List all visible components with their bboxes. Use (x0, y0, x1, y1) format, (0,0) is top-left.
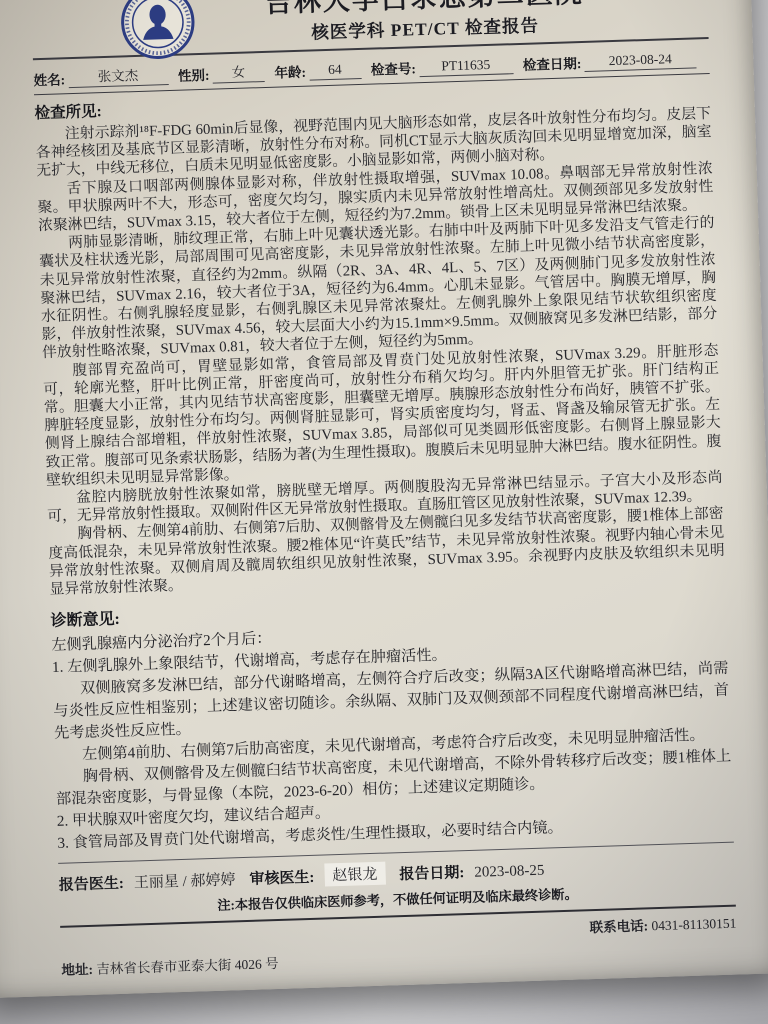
patient-sex-label: 性别: (178, 64, 210, 85)
patient-sex-field: 性别: 女 (178, 60, 265, 85)
patient-age-field: 年龄: 64 (274, 59, 361, 82)
exam-date-label: 检查日期: (522, 52, 581, 74)
exam-date-value: 2023-08-24 (584, 50, 697, 72)
hospital-seal-logo (119, 0, 197, 61)
report-doctor-label: 报告医生: (59, 872, 125, 895)
findings-paragraph-chest: 两肺显影清晰，肺纹理正常，右肺上叶见囊状透光影。右肺中叶及两肺下叶见多发沿支气管… (38, 214, 718, 363)
patient-age-value: 64 (309, 61, 362, 81)
review-doctor-label: 审核医生: (249, 866, 315, 889)
findings-paragraph-abdomen: 腹部胃充盈尚可，胃壁显影如常，食管局部及胃贲门处见放射性浓聚，SUVmax 3.… (42, 342, 722, 491)
exam-number-field: 检查号: PT11635 (371, 54, 514, 78)
exam-number-value: PT11635 (419, 56, 514, 77)
patient-name-label: 姓名: (33, 68, 65, 89)
patient-age-label: 年龄: (274, 61, 306, 82)
report-sheet: 吉林大学白求恩第二医院 核医学科 PET/CT 检查报告 姓名: 张文杰 性别:… (0, 0, 768, 998)
review-doctor-name: 赵银龙 (324, 862, 386, 887)
exam-number-label: 检查号: (371, 57, 417, 78)
address-label: 地址: (61, 962, 93, 978)
photo-scene: 吉林大学白求恩第二医院 核医学科 PET/CT 检查报告 姓名: 张文杰 性别:… (0, 0, 768, 1024)
phone-label: 联系电话: (589, 919, 648, 936)
phone-number: 0431-81130151 (651, 916, 736, 934)
report-doctor-names: 王丽星 / 郝婷婷 (133, 869, 235, 893)
patient-sex-value: 女 (212, 60, 265, 84)
exam-date-field: 检查日期: 2023-08-24 (522, 48, 696, 73)
bethune-portrait-icon (119, 0, 197, 61)
patient-name-value: 张文杰 (68, 63, 169, 88)
address-value: 吉林省长春市亚泰大街 4026 号 (96, 956, 279, 977)
report-date-label: 报告日期: (399, 861, 465, 884)
patient-name-field: 姓名: 张文杰 (33, 63, 168, 89)
report-date-value: 2023-08-25 (474, 863, 544, 882)
